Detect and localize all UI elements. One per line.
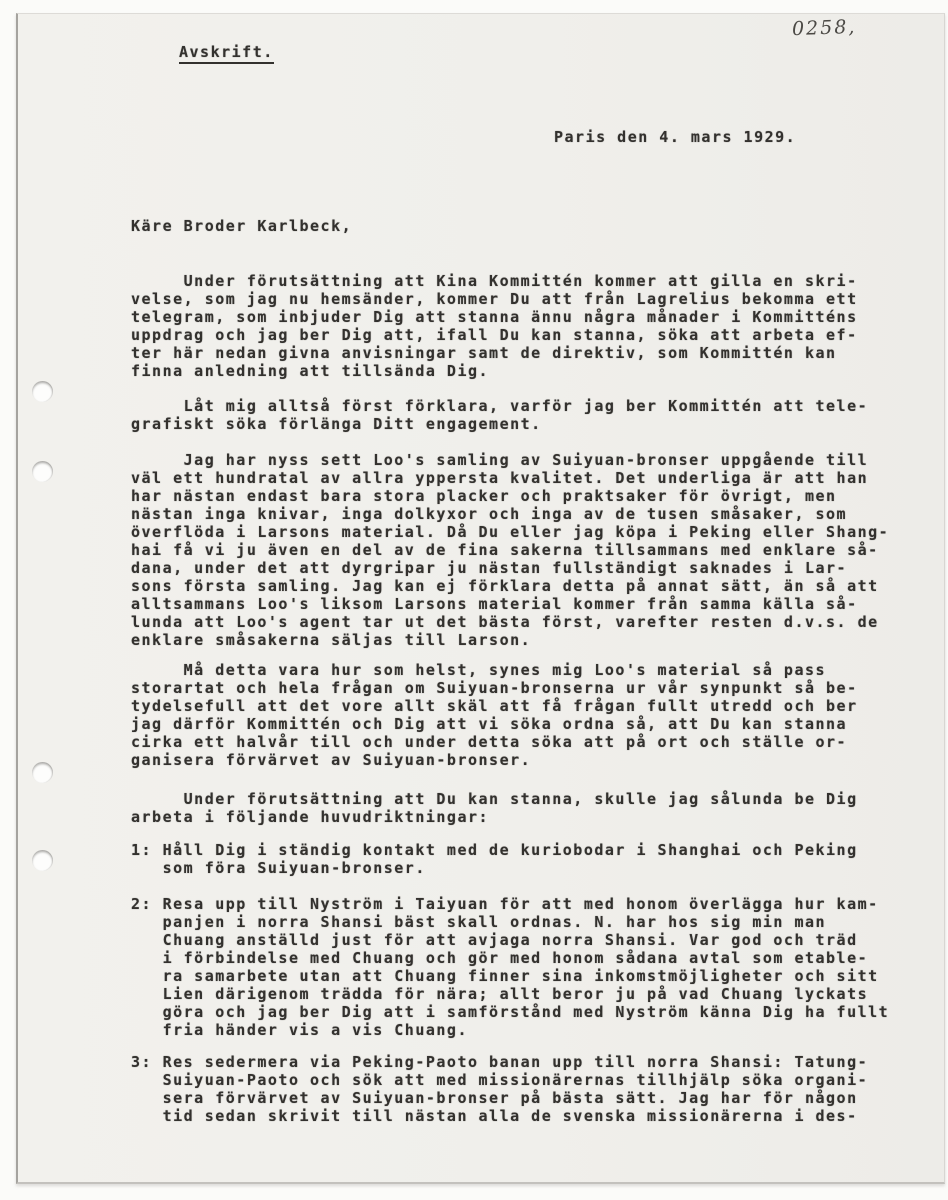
- numbered-item: 3: Res sedermera via Peking-Paoto banan …: [131, 1053, 943, 1125]
- body-paragraph: Jag har nyss sett Loo's samling av Suiyu…: [131, 451, 943, 649]
- salutation: Käre Broder Karlbeck,: [131, 217, 352, 235]
- document-page: 0258, Avskrift. Paris den 4. mars 1929. …: [16, 13, 945, 1184]
- dateline: Paris den 4. mars 1929.: [554, 128, 796, 146]
- scanned-letter: 0258, Avskrift. Paris den 4. mars 1929. …: [0, 0, 948, 1200]
- punch-hole: [32, 381, 53, 402]
- punch-hole: [32, 461, 53, 482]
- folio-number-stamp: 0258,: [792, 16, 857, 40]
- numbered-item: 1: Håll Dig i ständig kontakt med de kur…: [131, 841, 943, 877]
- punch-hole: [32, 762, 53, 783]
- body-paragraph: Under förutsättning att Du kan stanna, s…: [131, 790, 943, 826]
- body-paragraph: Under förutsättning att Kina Kommittén k…: [131, 272, 943, 380]
- body-paragraph: Låt mig alltså först förklara, varför ja…: [131, 397, 943, 433]
- punch-hole: [32, 850, 53, 871]
- document-heading: Avskrift.: [179, 43, 274, 64]
- letter-body: Under förutsättning att Kina Kommittén k…: [131, 272, 943, 1125]
- body-paragraph: Må detta vara hur som helst, synes mig L…: [131, 661, 943, 769]
- numbered-item: 2: Resa upp till Nyström i Taiyuan för a…: [131, 895, 943, 1039]
